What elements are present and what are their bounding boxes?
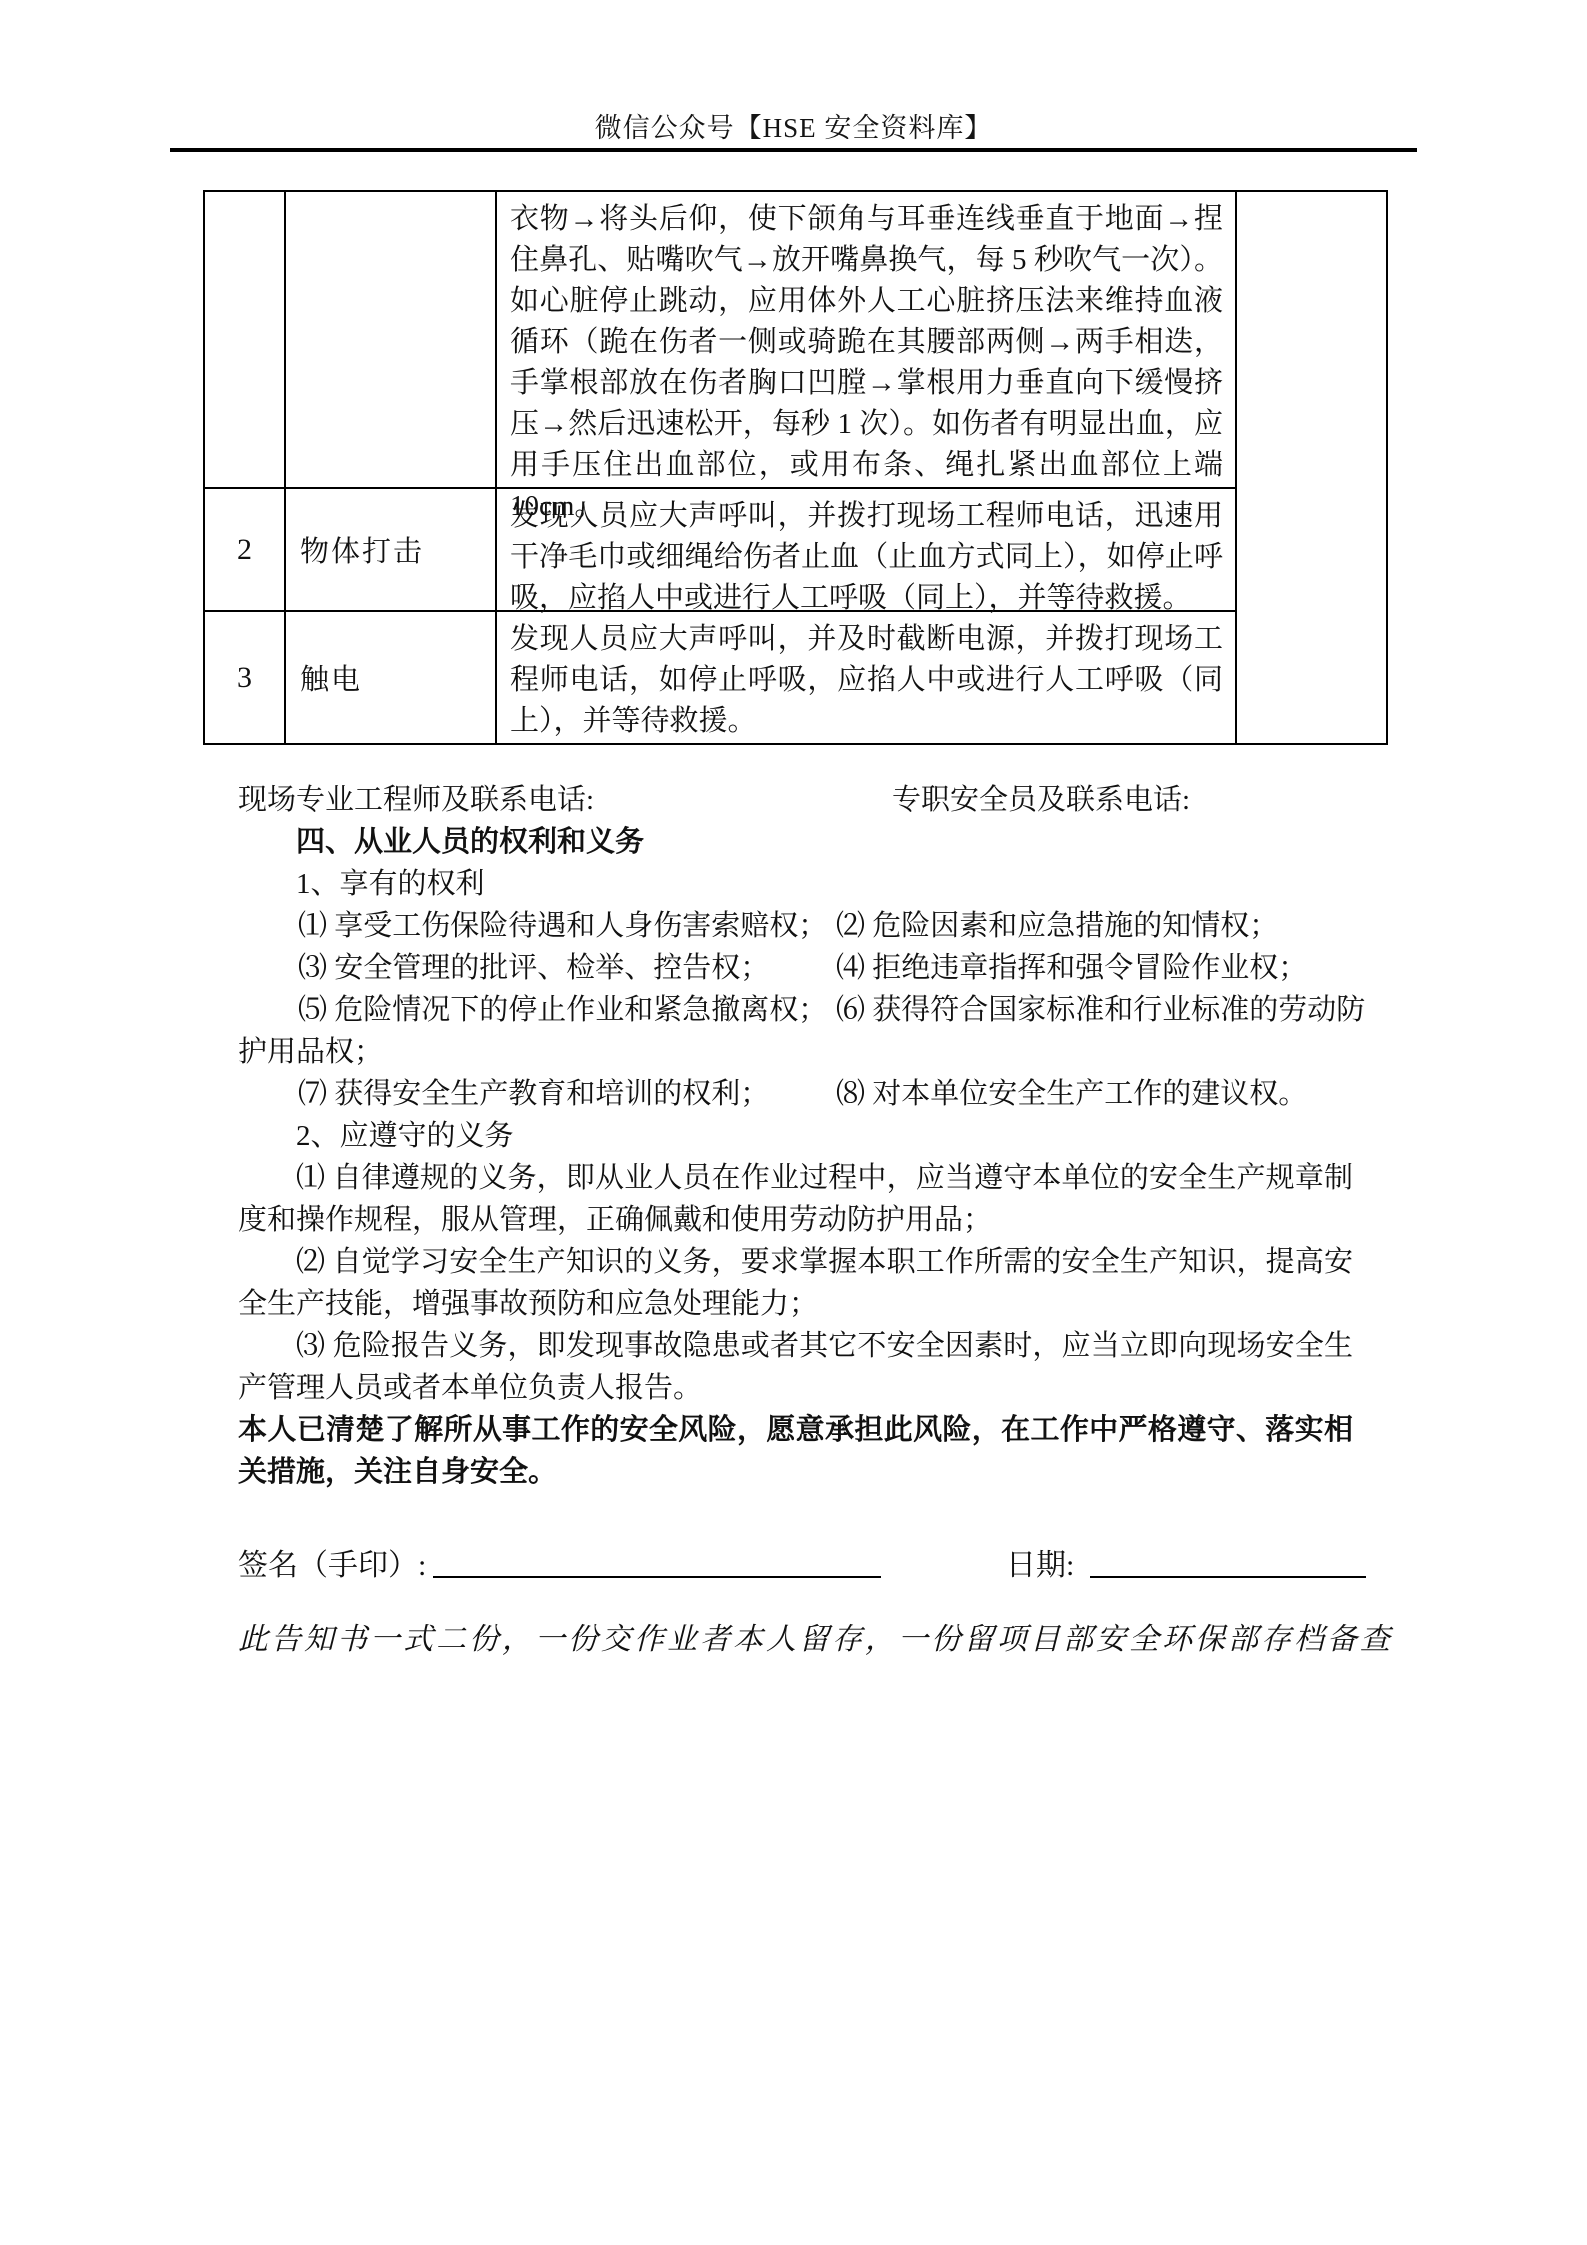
rights-line: ⑸ 危险情况下的停止作业和紧急撤离权； ⑹ 获得符合国家标准和行业标准的劳动防	[238, 989, 1353, 1031]
date-underline	[1090, 1536, 1366, 1578]
right-item: ⑸ 危险情况下的停止作业和紧急撤离权；	[238, 994, 827, 1026]
right-item: ⑷ 拒绝违章指挥和强令冒险作业权；	[836, 947, 1307, 989]
rights-line: ⑺ 获得安全生产教育和培训的权利； ⑻ 对本单位安全生产工作的建议权。	[238, 1073, 1353, 1115]
document-page: 微信公众号【HSE 安全资料库】 衣物→将头后仰，使下颌角与耳垂连线垂直于地面→…	[0, 0, 1587, 2245]
right-item: ⑹ 获得符合国家标准和行业标准的劳动防	[836, 989, 1365, 1031]
rights-subtitle: 1、享有的权利	[238, 863, 1353, 905]
right-item: ⑻ 对本单位安全生产工作的建议权。	[836, 1073, 1307, 1115]
right-item: ⑵ 危险因素和应急措施的知情权；	[836, 905, 1278, 947]
row-number-cell	[205, 192, 286, 489]
section-four-title: 四、从业人员的权利和义务	[238, 821, 1353, 863]
hazard-name-cell: 物体打击	[286, 489, 497, 612]
signature-label: 签名（手印）:	[238, 1540, 426, 1584]
duty-paragraph: ⑶ 危险报告义务，即发现事故隐患或者其它不安全因素时，应当立即向现场安全生产管理…	[238, 1325, 1353, 1409]
header-watermark: 微信公众号【HSE 安全资料库】	[0, 108, 1587, 148]
header-rule	[170, 148, 1417, 152]
signature-underline	[433, 1536, 881, 1578]
date-label: 日期:	[1006, 1540, 1074, 1584]
rights-line: ⑶ 安全管理的批评、检举、控告权； ⑷ 拒绝违章指挥和强令冒险作业权；	[238, 947, 1353, 989]
footer-note: 此告知书一式二份，一份交作业者本人留存，一份留项目部安全环保部存档备查	[238, 1618, 1418, 1662]
row-number-cell: 3	[205, 612, 286, 743]
signature-row: 签名（手印）: 日期:	[238, 1536, 1398, 1584]
remarks-empty-cell	[1237, 192, 1386, 743]
rights-line: ⑴ 享受工伤保险待遇和人身伤害索赔权； ⑵ 危险因素和应急措施的知情权；	[238, 905, 1353, 947]
description-cell: 发现人员应大声呼叫，并及时截断电源，并拨打现场工程师电话，如停止呼吸，应掐人中或…	[497, 612, 1237, 743]
right-item: 护用品权；	[238, 1036, 383, 1068]
safety-officer-contact-label: 专职安全员及联系电话:	[892, 779, 1190, 821]
hazard-table: 衣物→将头后仰，使下颌角与耳垂连线垂直于地面→捏住鼻孔、贴嘴吹气→放开嘴鼻换气，…	[203, 190, 1388, 745]
row-number-cell: 2	[205, 489, 286, 612]
right-item: ⑴ 享受工伤保险待遇和人身伤害索赔权；	[238, 910, 827, 942]
right-item: ⑺ 获得安全生产教育和培训的权利；	[238, 1078, 769, 1110]
engineer-contact-label: 现场专业工程师及联系电话:	[238, 784, 594, 816]
contacts-line: 现场专业工程师及联系电话: 专职安全员及联系电话:	[238, 779, 1353, 821]
declaration-text: 本人已清楚了解所从事工作的安全风险，愿意承担此风险，在工作中严格遵守、落实相关措…	[238, 1409, 1353, 1493]
description-cell: 衣物→将头后仰，使下颌角与耳垂连线垂直于地面→捏住鼻孔、贴嘴吹气→放开嘴鼻换气，…	[497, 192, 1237, 489]
duties-subtitle: 2、应遵守的义务	[238, 1115, 1353, 1157]
description-cell: 发现人员应大声呼叫，并拨打现场工程师电话，迅速用干净毛巾或细绳给伤者止血（止血方…	[497, 489, 1237, 612]
rights-line: 护用品权；	[238, 1031, 1353, 1073]
hazard-name-cell: 触电	[286, 612, 497, 743]
duty-paragraph: ⑵ 自觉学习安全生产知识的义务，要求掌握本职工作所需的安全生产知识，提高安全生产…	[238, 1241, 1353, 1325]
right-item: ⑶ 安全管理的批评、检举、控告权；	[238, 952, 769, 984]
hazard-name-cell	[286, 192, 497, 489]
body-text: 现场专业工程师及联系电话: 专职安全员及联系电话: 四、从业人员的权利和义务 1…	[238, 779, 1353, 1493]
duty-paragraph: ⑴ 自律遵规的义务，即从业人员在作业过程中，应当遵守本单位的安全生产规章制度和操…	[238, 1157, 1353, 1241]
